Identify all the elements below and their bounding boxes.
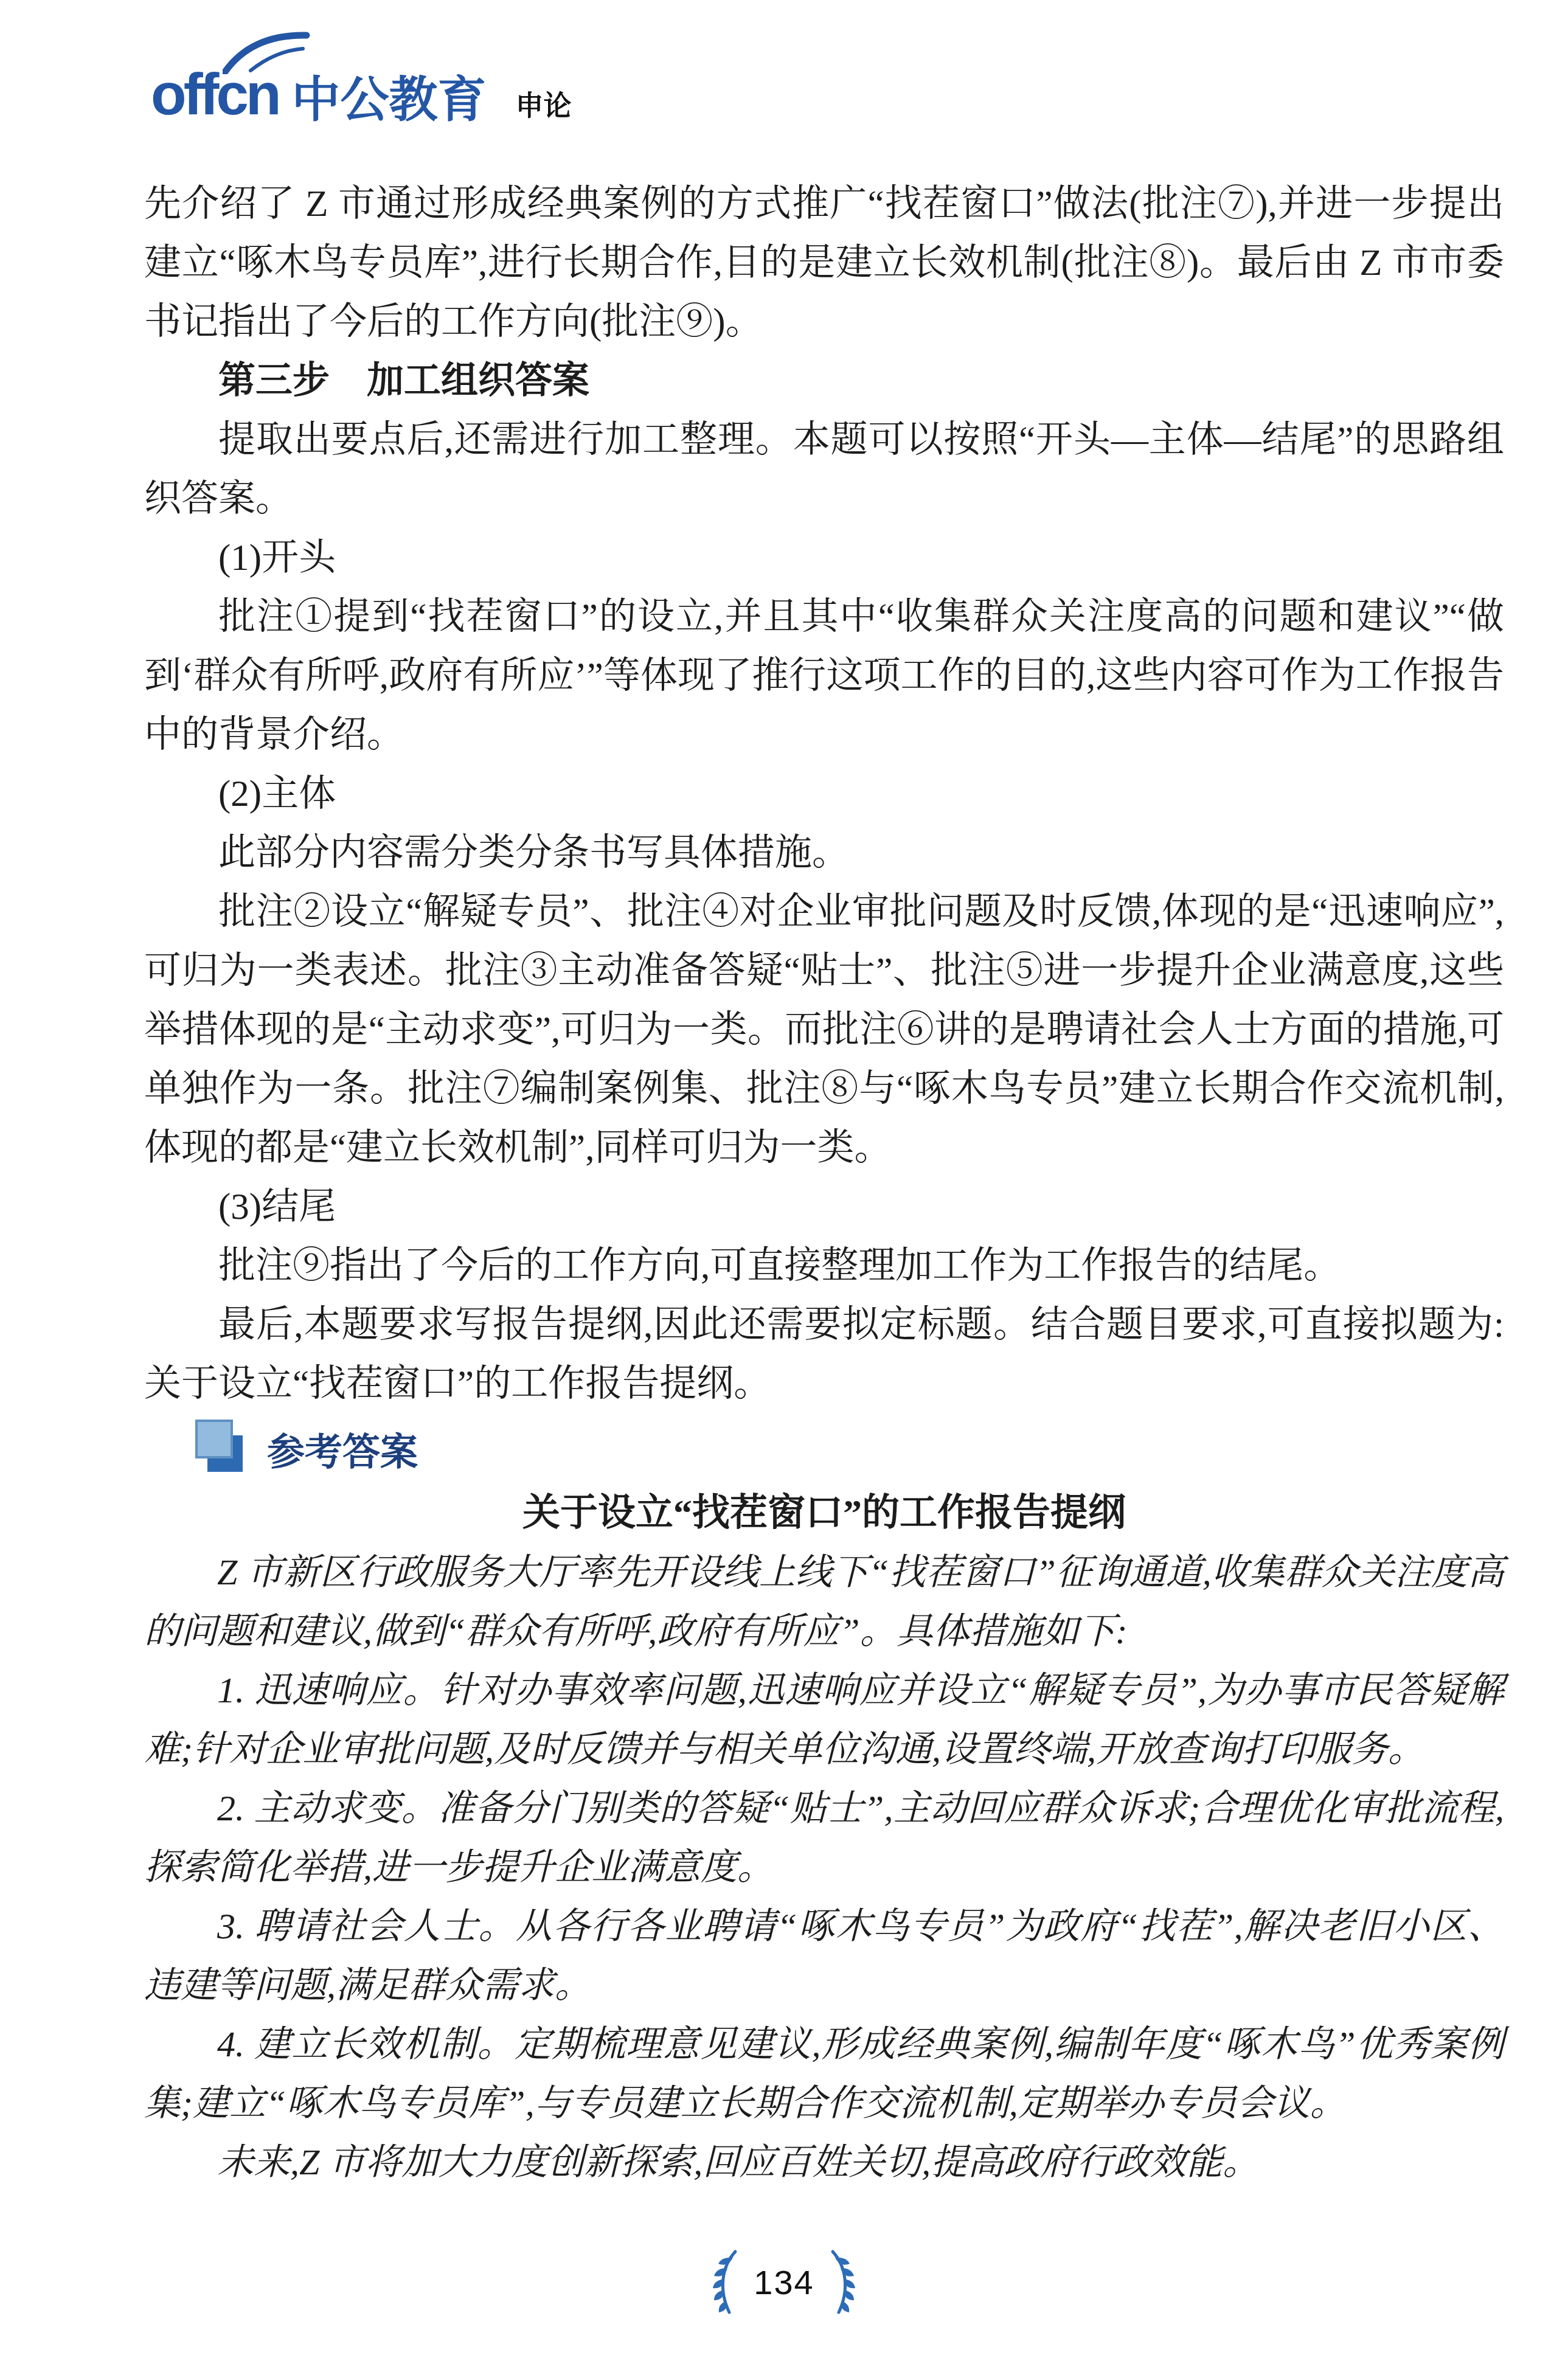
laurel-branch-right-icon — [828, 2249, 859, 2315]
analysis-subheading-main-body: (2)主体 — [144, 765, 1504, 824]
step-heading: 第三步 加工组织答案 — [144, 352, 1504, 411]
overlapping-squares-icon — [195, 1420, 251, 1478]
answer-paragraph-intro: Z 市新区行政服务大厅率先开设线上线下“找茬窗口”征询通道,收集群众关注度高的问… — [144, 1543, 1504, 1661]
answer-paragraph-item-4: 4. 建立长效机制。定期梳理意见建议,形成经典案例,编制年度“啄木鸟”优秀案例集… — [144, 2015, 1504, 2133]
analysis-paragraph: 批注②设立“解疑专员”、批注④对企业审批问题及时反馈,体现的是“迅速响应”,可归… — [144, 883, 1504, 1177]
offcn-logo: offcn 中公教育 — [151, 66, 487, 124]
answer-section-heading: 参考答案 — [195, 1413, 1504, 1484]
logo-swoosh-icon — [223, 30, 314, 74]
answer-paragraph-item-2: 2. 主动求变。准备分门别类的答疑“贴士”,主动回应群众诉求;合理优化审批流程,… — [144, 1779, 1504, 1897]
answer-title: 关于设立“找茬窗口”的工作报告提纲 — [144, 1484, 1504, 1543]
header: offcn 中公教育 申论 — [151, 66, 572, 124]
logo-text-cn: 中公教育 — [292, 75, 487, 124]
square-light — [195, 1420, 233, 1458]
analysis-paragraph-continuation: 先介绍了 Z 市通过形成经典案例的方式推广“找茬窗口”做法(批注⑦),并进一步提… — [144, 175, 1504, 352]
page-body: 先介绍了 Z 市通过形成经典案例的方式推广“找茬窗口”做法(批注⑦),并进一步提… — [144, 175, 1504, 2192]
answer-paragraph-item-3: 3. 聘请社会人士。从各行各业聘请“啄木鸟专员”为政府“找茬”,解决老旧小区、违… — [144, 1897, 1504, 2015]
page: { "header": { "logo_en": "offcn", "logo_… — [0, 0, 1568, 2372]
subject-label: 申论 — [516, 91, 572, 124]
answer-paragraph-outlook: 未来,Z 市将加大力度创新探索,回应百姓关切,提高政府行政效能。 — [144, 2133, 1504, 2192]
logo-text-en: offcn — [151, 66, 279, 124]
analysis-paragraph: 提取出要点后,还需进行加工整理。本题可以按照“开头—主体—结尾”的思路组织答案。 — [144, 411, 1504, 529]
analysis-subheading-ending: (3)结尾 — [144, 1177, 1504, 1236]
page-number: 134 — [754, 2263, 814, 2302]
analysis-paragraph: 批注⑨指出了今后的工作方向,可直接整理加工作为工作报告的结尾。 — [144, 1236, 1504, 1295]
analysis-subheading-opening: (1)开头 — [144, 529, 1504, 588]
footer: 134 — [0, 2249, 1568, 2315]
answer-paragraph-item-1: 1. 迅速响应。针对办事效率问题,迅速响应并设立“解疑专员”,为办事市民答疑解难… — [144, 1661, 1504, 1779]
analysis-paragraph: 此部分内容需分类分条书写具体措施。 — [144, 824, 1504, 883]
answer-heading-label: 参考答案 — [267, 1422, 418, 1476]
laurel-branch-left-icon — [709, 2249, 740, 2315]
analysis-paragraph: 最后,本题要求写报告提纲,因此还需要拟定标题。结合题目要求,可直接拟题为:关于设… — [144, 1295, 1504, 1413]
analysis-paragraph: 批注①提到“找茬窗口”的设立,并且其中“收集群众关注度高的问题和建议”“做到‘群… — [144, 588, 1504, 765]
